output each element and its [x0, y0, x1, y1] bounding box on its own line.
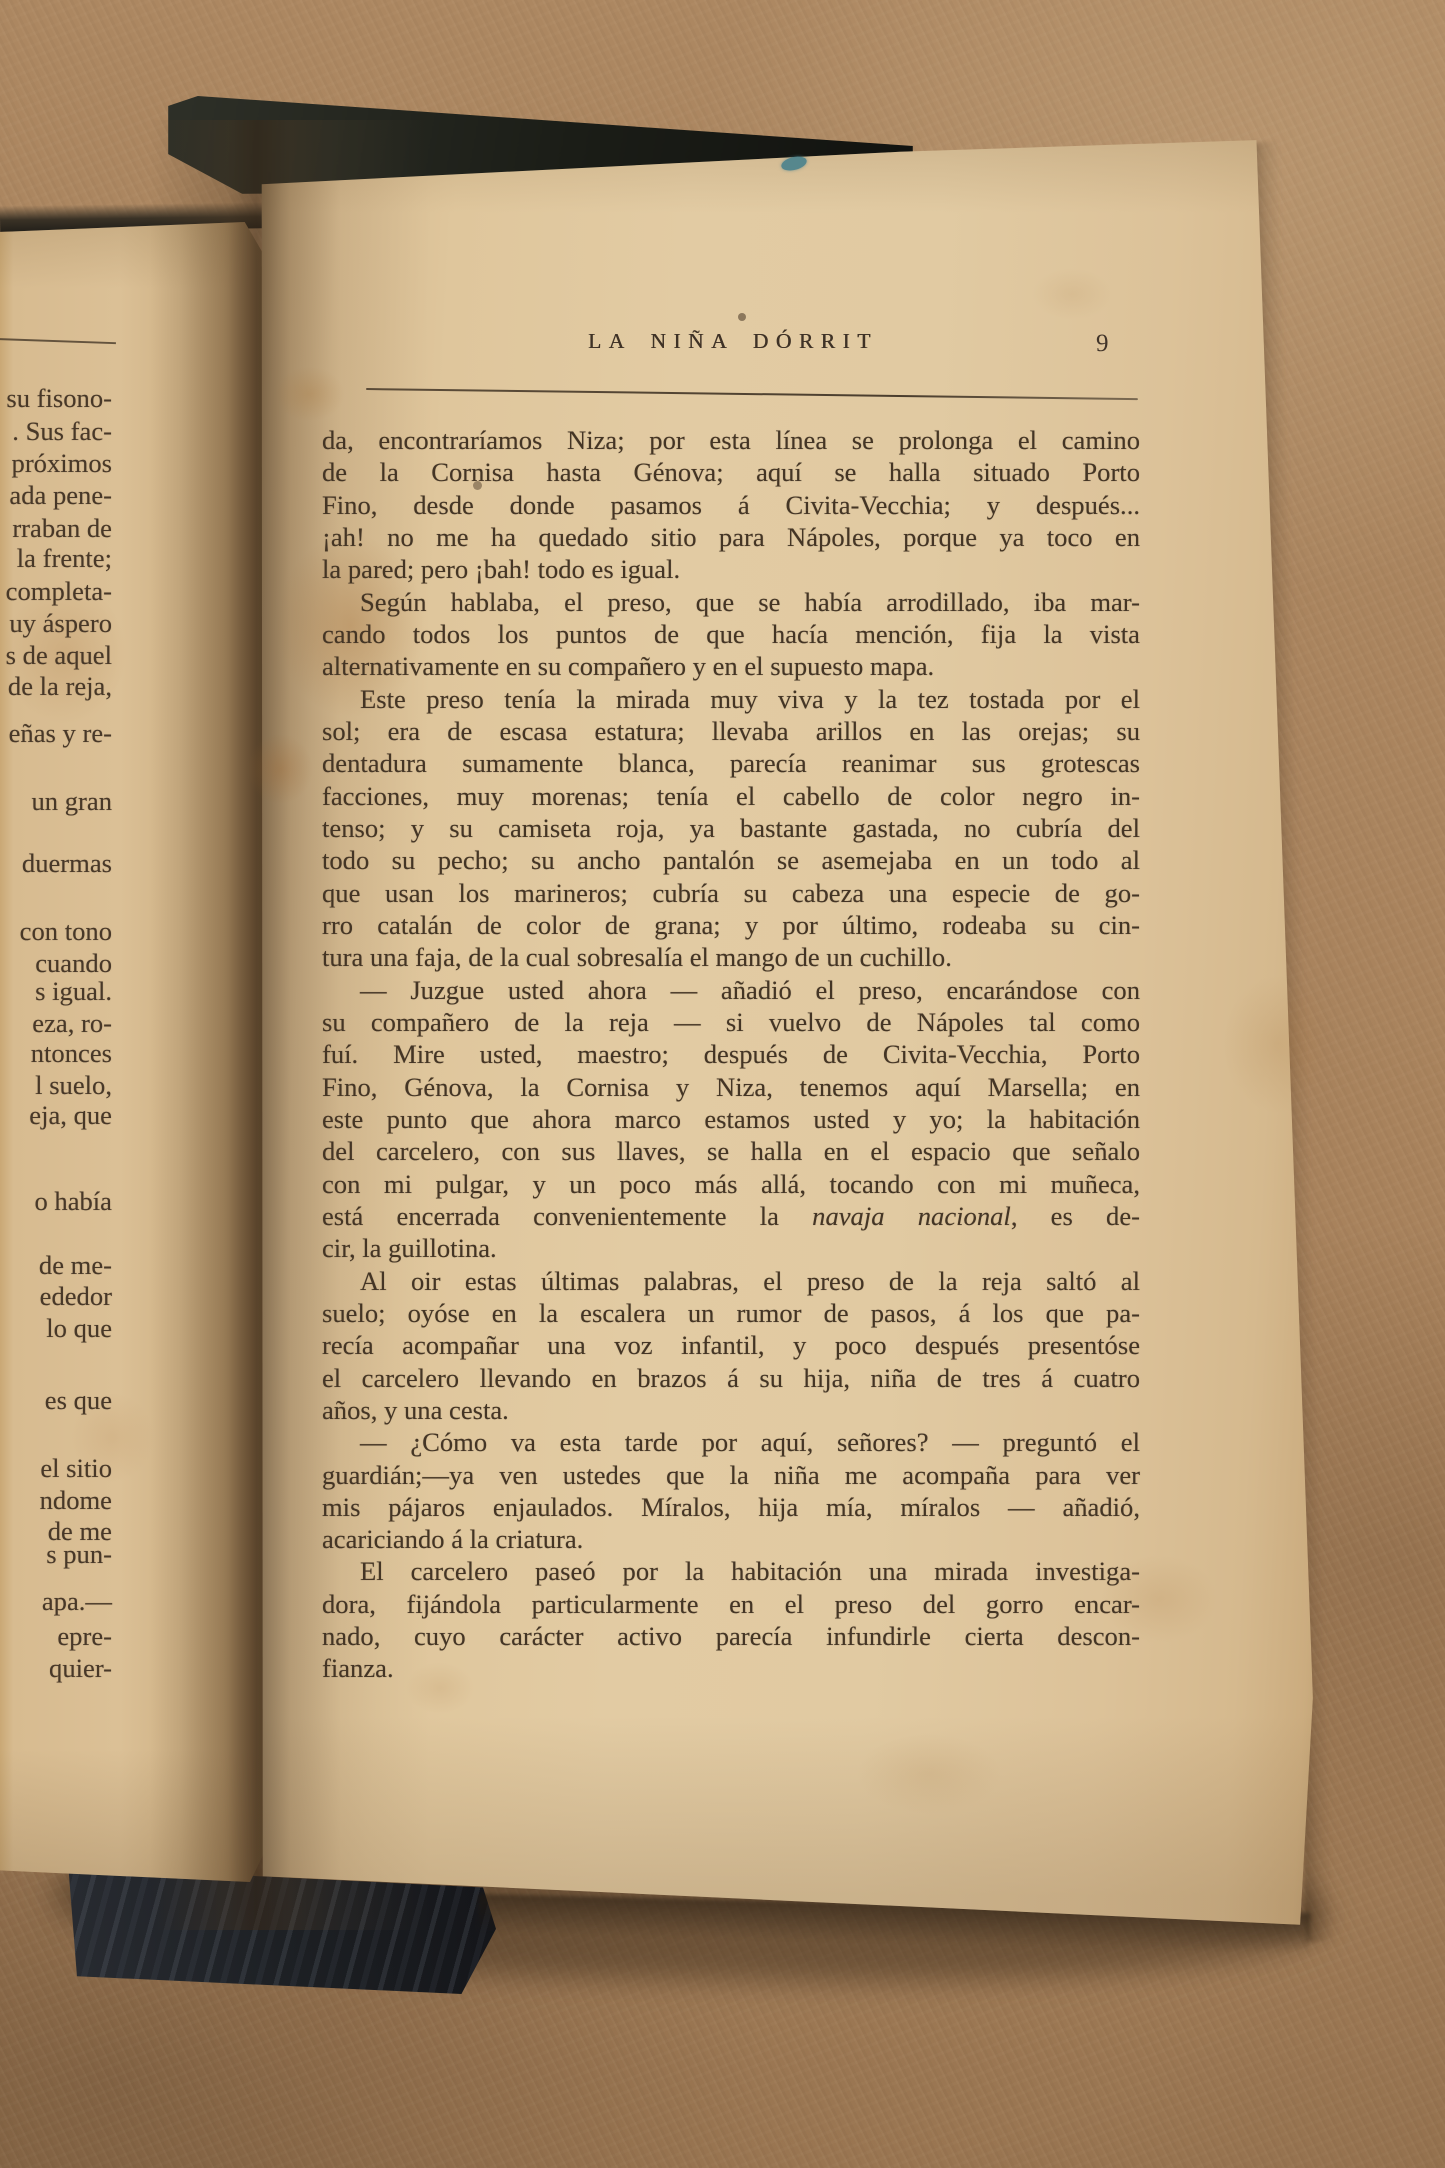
text-line: este punto que ahora marco estamos usted…	[322, 1103, 1140, 1135]
body-text: da, encontraríamos Niza; por esta línea …	[322, 424, 1140, 1685]
text-line: dentadura sumamente blanca, parecía rean…	[322, 747, 1140, 779]
text-line: Fino, Génova, la Cornisa y Niza, tenemos…	[322, 1071, 1140, 1103]
text-line: su compañero de la reja — si vuelvo de N…	[322, 1006, 1140, 1038]
text-line: la pared; pero ¡bah! todo es igual.	[322, 553, 1140, 585]
text-line: acariciando á la criatura.	[322, 1523, 1140, 1555]
text-line: ¡ah! no me ha quedado sitio para Nápoles…	[322, 521, 1140, 553]
text-line: tenso; y su camiseta roja, ya bastante g…	[322, 812, 1140, 844]
text-line: suelo; oyóse en la escalera un rumor de …	[322, 1297, 1140, 1329]
text-line: da, encontraríamos Niza; por esta línea …	[322, 424, 1140, 456]
text-line: — Juzgue usted ahora — añadió el preso, …	[322, 974, 1140, 1006]
text-line: fuí. Mire usted, maestro; después de Civ…	[322, 1038, 1140, 1070]
text-line: El carcelero paseó por la habitación una…	[322, 1555, 1140, 1587]
text-line: cir, la guillotina.	[322, 1232, 1140, 1264]
text-line: Este preso tenía la mirada muy viva y la…	[322, 683, 1140, 715]
text-line: todo su pecho; su ancho pantalón se asem…	[322, 844, 1140, 876]
text-line: el carcelero llevando en brazos á su hij…	[322, 1362, 1140, 1394]
text-line: nado, cuyo carácter activo parecía infun…	[322, 1620, 1140, 1652]
text-line: está encerrada convenientemente la navaj…	[322, 1200, 1140, 1232]
text-line: Fino, desde donde pasamos á Civita-Vecch…	[322, 489, 1140, 521]
text-line: facciones, muy morenas; tenía el cabello…	[322, 780, 1140, 812]
text-line: Al oir estas últimas palabras, el preso …	[322, 1265, 1140, 1297]
text-line: del carcelero, con sus llaves, se halla …	[322, 1135, 1140, 1167]
text-line: con mi pulgar, y un poco más allá, tocan…	[322, 1168, 1140, 1200]
page-number: 9	[1096, 330, 1109, 358]
book-photo: LA NIÑA DÓRRIT 9 da, encontraríamos Niza…	[0, 0, 1445, 2168]
text-line: tura una faja, de la cual sobresalía el …	[322, 941, 1140, 973]
text-line: fianza.	[322, 1652, 1140, 1684]
text-line: alternativamente en su compañero y en el…	[322, 650, 1140, 682]
text-line: mis pájaros enjaulados. Míralos, hija mí…	[322, 1491, 1140, 1523]
left-page	[0, 222, 266, 1882]
text-line: dora, fijándola particularmente en el pr…	[322, 1588, 1140, 1620]
text-line: Según hablaba, el preso, que se había ar…	[322, 586, 1140, 618]
text-line: años, y una cesta.	[322, 1394, 1140, 1426]
text-line: rro catalán de color de grana; y por últ…	[322, 909, 1140, 941]
text-line: sol; era de escasa estatura; llevaba ari…	[322, 715, 1140, 747]
running-header-title: LA NIÑA DÓRRIT	[588, 329, 878, 354]
text-line: recía acompañar una voz infantil, y poco…	[322, 1329, 1140, 1361]
text-line: — ¿Cómo va esta tarde por aquí, señores?…	[322, 1426, 1140, 1458]
text-line: guardián;—ya ven ustedes que la niña me …	[322, 1459, 1140, 1491]
text-line: cando todos los puntos de que hacía menc…	[322, 618, 1140, 650]
text-line: de la Cornisa hasta Génova; aquí se hall…	[322, 456, 1140, 488]
text-line: que usan los marineros; cubría su cabeza…	[322, 877, 1140, 909]
